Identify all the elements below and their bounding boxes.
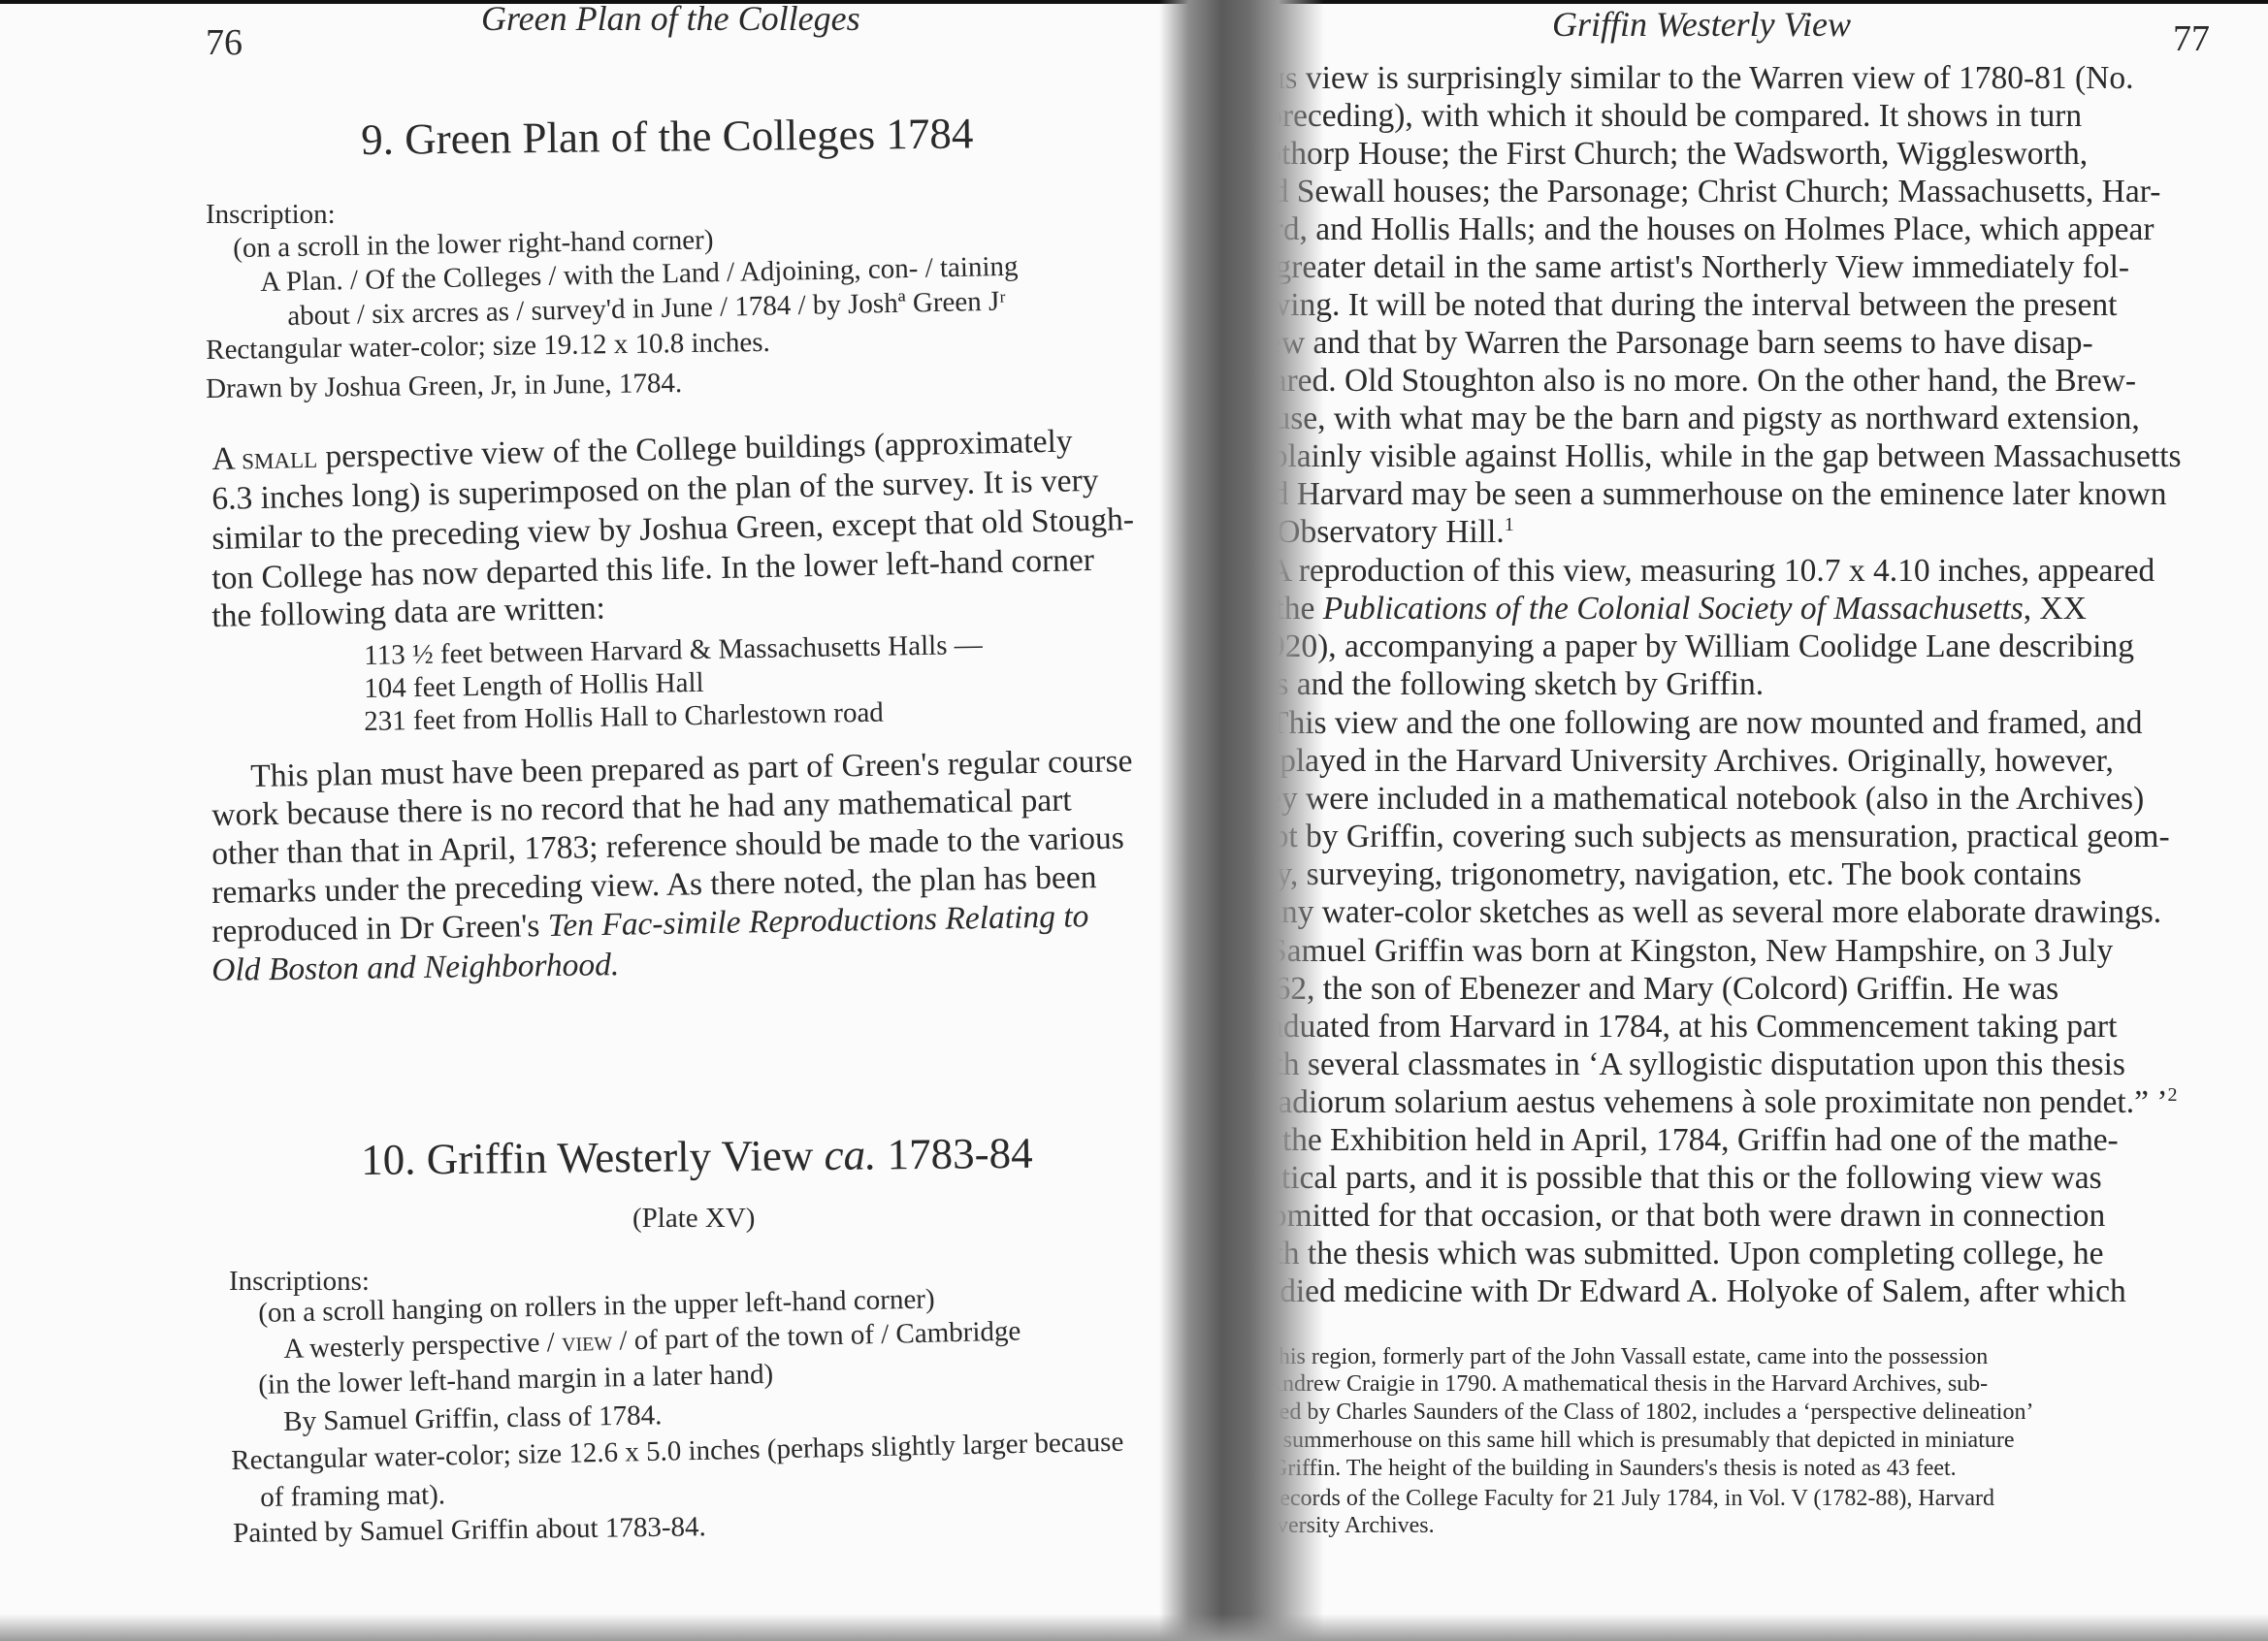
footnote-1-line-4: of a summerhouse on this same hill which… <box>1242 1428 2015 1454</box>
text-span: 10. Griffin Westerly View <box>361 1131 825 1184</box>
book-title-italic: Ten Fac-simile Reproductions Relating to <box>547 898 1088 944</box>
inscription-label: Inscription: <box>206 199 336 231</box>
r-para4-line-4: with several classmates in ‘A syllogisti… <box>1242 1046 2125 1083</box>
r-para2-line-3: (1920), accompanying a paper by William … <box>1242 628 2134 665</box>
section-9-title: 9. Green Plan of the Colleges 1784 <box>361 108 974 165</box>
publication-title-italic: Publications of the Colonial Society of … <box>1323 591 2024 627</box>
footnote-2-line-1: 2Records of the College Faculty for 21 J… <box>1257 1485 1994 1512</box>
r-para5-line-5: studied medicine with Dr Edward A. Holyo… <box>1242 1273 2126 1310</box>
italic-span: ca. <box>824 1130 876 1179</box>
r-para1-line-5: vard, and Hollis Halls; and the houses o… <box>1242 211 2155 248</box>
r-para1-line-8: view and that by Warren the Parsonage ba… <box>1242 325 2093 362</box>
r-para1-line-4: and Sewall houses; the Parsonage; Christ… <box>1242 174 2160 210</box>
right-page: Griffin Westerly View 77 This view is su… <box>1222 0 2268 1641</box>
r-para5-line-4: with the thesis which was submitted. Upo… <box>1242 1236 2104 1272</box>
r-para3-line-2: displayed in the Harvard University Arch… <box>1242 743 2114 780</box>
small-caps-span: view <box>562 1326 613 1358</box>
artist-10: Painted by Samuel Griffin about 1783-84. <box>233 1511 706 1550</box>
text-span: , XX <box>2024 591 2087 627</box>
text-span: reproduced in Dr Green's <box>211 908 548 949</box>
r-para5-line-2: matical parts, and it is possible that t… <box>1242 1160 2102 1197</box>
artist-9: Drawn by Joshua Green, Jr, in June, 1784… <box>206 368 682 405</box>
footnote-ref-2[interactable]: 2 <box>2168 1084 2178 1106</box>
r-para3-line-4: kept by Griffin, covering such subjects … <box>1242 819 2170 855</box>
text-span: A <box>211 440 243 477</box>
r-para3-line-3: they were included in a mathematical not… <box>1242 781 2144 818</box>
left-page: 76 Green Plan of the Colleges 9. Green P… <box>0 0 1183 1641</box>
para1-line-5: the following data are written: <box>211 591 605 635</box>
r-para1-line-11: is plainly visible against Hollis, while… <box>1242 438 2182 475</box>
r-para4-line-2: 1762, the son of Ebenezer and Mary (Colc… <box>1242 971 2058 1008</box>
data-line-2: 104 feet Length of Hollis Hall <box>364 667 704 705</box>
small-caps-span: small <box>242 439 318 477</box>
text-span: 1783-84 <box>876 1129 1033 1179</box>
text-span: This region, formerly part of the John V… <box>1264 1344 1988 1369</box>
r-para3-line-1: This view and the one following are now … <box>1269 705 2143 742</box>
r-para1-line-2: 7 preceding), with which it should be co… <box>1242 98 2082 135</box>
medium-9: Rectangular water-color; size 19.12 x 10… <box>206 327 770 367</box>
data-line-1: 113 ½ feet between Harvard & Massachuset… <box>364 629 983 672</box>
page-number-left: 76 <box>206 21 243 64</box>
later-hand-text: By Samuel Griffin, class of 1784. <box>283 1400 663 1438</box>
r-para4-line-5: “Radiorum solarium aestus vehemens à sol… <box>1242 1084 2178 1121</box>
r-para3-line-5: etry, surveying, trigonometry, navigatio… <box>1242 856 2082 893</box>
r-para1-line-7: lowing. It will be noted that during the… <box>1242 287 2117 324</box>
r-para1-line-9: peared. Old Stoughton also is no more. O… <box>1242 363 2136 400</box>
r-para2-line-2: in the Publications of the Colonial Soci… <box>1242 591 2087 627</box>
later-hand-location: (in the lower left-hand margin in a late… <box>258 1359 774 1401</box>
r-para4-line-1: Samuel Griffin was born at Kingston, New… <box>1269 933 2113 970</box>
r-para1-line-1: This view is surprisingly similar to the… <box>1242 60 2134 97</box>
text-span: “Radiorum solarium aestus vehemens à sol… <box>1242 1084 2168 1120</box>
text-span: view is surprisingly similar to the Warr… <box>1298 60 2134 96</box>
text-span: A westerly perspective / <box>283 1327 562 1365</box>
r-para1-line-3: Apthorp House; the First Church; the Wad… <box>1242 136 2088 173</box>
r-para5-line-1: At the Exhibition held in April, 1784, G… <box>1242 1122 2119 1159</box>
plate-label: (Plate XV) <box>632 1203 755 1235</box>
text-span: / of part of the town of / Cambridge <box>612 1315 1021 1356</box>
r-para2-line-1: A reproduction of this view, measuring 1… <box>1269 553 2155 590</box>
footnote-1-line-1: 1This region, formerly part of the John … <box>1257 1343 1988 1370</box>
r-para5-line-3: submitted for that occasion, or that bot… <box>1242 1198 2105 1235</box>
footnote-1-line-5: by Griffin. The height of the building i… <box>1242 1456 1957 1482</box>
medium-10-line-2: of framing mat). <box>260 1479 445 1514</box>
footnote-ref-1[interactable]: 1 <box>1505 514 1514 535</box>
r-para4-line-3: graduated from Harvard in 1784, at his C… <box>1242 1009 2117 1046</box>
running-head-left: Green Plan of the Colleges <box>481 0 860 39</box>
r-para3-line-6: many water-color sketches as well as sev… <box>1242 894 2161 931</box>
book-gutter-shadow <box>1159 0 1324 1641</box>
r-para1-line-6: in greater detail in the same artist's N… <box>1242 249 2129 286</box>
section-10-title: 10. Griffin Westerly View ca. 1783-84 <box>361 1128 1033 1185</box>
running-head-right: Griffin Westerly View <box>1552 4 1851 45</box>
inscriptions-label: Inscriptions: <box>229 1266 370 1298</box>
text-span: Records of the College Faculty for 21 Ju… <box>1264 1486 1994 1511</box>
r-para1-line-12: and Harvard may be seen a summerhouse on… <box>1242 476 2166 513</box>
footnote-1-line-3: mitted by Charles Saunders of the Class … <box>1242 1400 2033 1426</box>
para2-line-6: Old Boston and Neighborhood. <box>211 947 620 989</box>
r-para1-line-10: house, with what may be the barn and pig… <box>1242 401 2140 437</box>
footnote-1-line-2: of Andrew Craigie in 1790. A mathematica… <box>1242 1371 1988 1398</box>
page-number-right: 77 <box>2173 17 2210 60</box>
scan-bottom-edge <box>0 1614 2268 1641</box>
